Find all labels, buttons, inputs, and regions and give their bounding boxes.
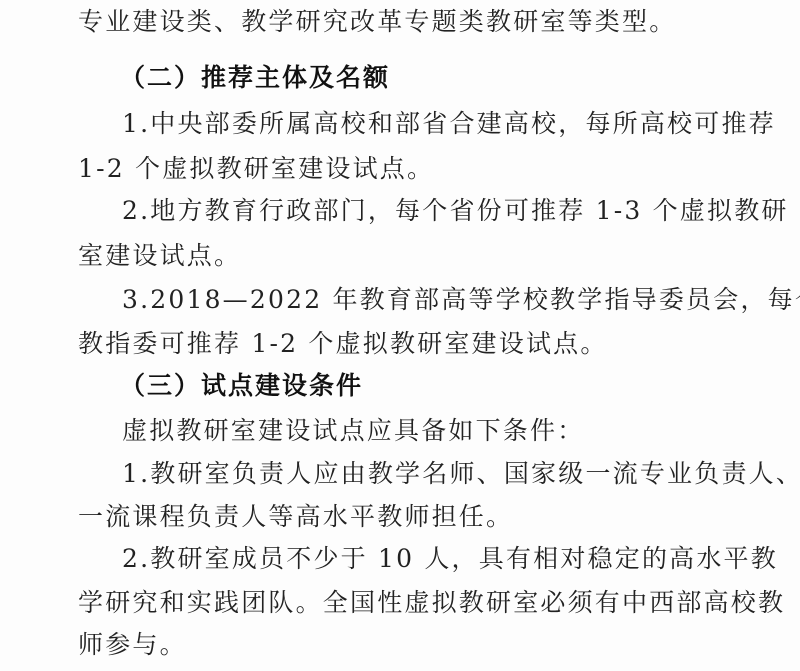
list-item-3-line-2: 教指委可推荐 1-2 个虚拟教研室建设试点。 (78, 329, 608, 359)
list-item-1-line-1: 1.中央部委所属高校和部省合建高校，每所高校可推荐 (122, 109, 776, 139)
list-item-2-line-1: 2.地方教育行政部门，每个省份可推荐 1-3 个虚拟教研 (122, 196, 789, 226)
document-page: 专业建设类、教学研究改革专题类教研室等类型。 （二）推荐主体及名额 1.中央部委… (0, 0, 800, 671)
condition-1-line-1: 1.教研室负责人应由教学名师、国家级一流专业负责人、 (122, 459, 800, 489)
list-item-3-line-1: 3.2018—2022 年教育部高等学校教学指导委员会，每个 (122, 285, 800, 315)
paragraph-continuation: 专业建设类、教学研究改革专题类教研室等类型。 (78, 7, 676, 37)
list-item-1-line-2: 1-2 个虚拟教研室建设试点。 (78, 154, 434, 184)
conditions-intro: 虚拟教研室建设试点应具备如下条件： (122, 416, 584, 446)
section-heading-recommendation: （二）推荐主体及名额 (120, 63, 390, 93)
condition-2-line-1: 2.教研室成员不少于 10 人，具有相对稳定的高水平教 (122, 544, 778, 574)
section-heading-conditions: （三）试点建设条件 (120, 371, 363, 401)
condition-2-line-2: 学研究和实践团队。全国性虚拟教研室必须有中西部高校教 (78, 588, 785, 618)
condition-2-line-3: 师参与。 (78, 630, 187, 660)
list-item-2-line-2: 室建设试点。 (78, 241, 241, 271)
condition-1-line-2: 一流课程负责人等高水平教师担任。 (78, 502, 513, 532)
